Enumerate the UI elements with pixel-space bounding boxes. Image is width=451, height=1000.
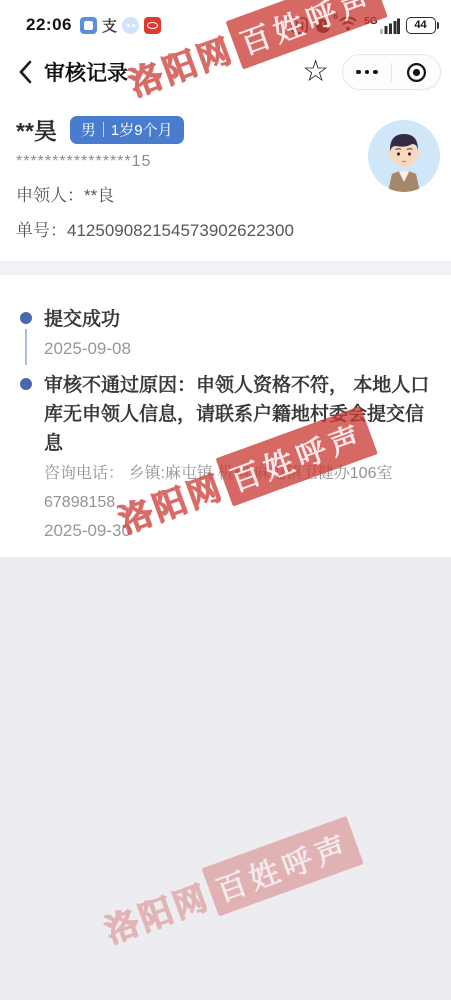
status-bar: 22:06 支 6	[0, 0, 451, 44]
timeline-title: 审核不通过原因：申领人资格不符， 本地人口库无申领人信息，请联系户籍地村委会提交…	[44, 371, 436, 458]
order-row: 单号：412509082154573902622300	[16, 216, 435, 241]
nav-bar: 审核记录 ☆	[0, 44, 451, 100]
clock-time: 22:06	[26, 15, 72, 35]
timeline-connector	[25, 329, 27, 365]
timeline-dot-icon	[20, 312, 32, 324]
page-title: 审核记录	[44, 57, 128, 87]
capsule-close-button[interactable]	[392, 55, 440, 89]
app-notification-glyph-icon: 支	[102, 17, 117, 34]
timeline-date: 2025-09-08	[44, 339, 436, 359]
watermark-stamp-text: 百姓呼声	[202, 816, 364, 917]
timeline-dot-icon	[20, 378, 32, 390]
back-button[interactable]	[12, 56, 40, 88]
wifi-icon	[338, 15, 358, 31]
audit-timeline-card: 提交成功 2025-09-08 审核不通过原因：申领人资格不符， 本地人口库无申…	[0, 275, 451, 557]
timeline-date: 2025-09-30	[44, 521, 436, 541]
gender-age-badge: 男｜1岁9个月	[70, 116, 184, 144]
wifi-generation-label: 6	[333, 11, 338, 21]
applicant-label: 申领人：	[16, 186, 84, 205]
back-chevron-icon	[19, 60, 33, 84]
battery-indicator: 44	[406, 17, 440, 34]
section-divider	[0, 261, 451, 275]
watermark-site-name: 洛阳网	[98, 871, 216, 952]
site-watermark: 洛阳网 百姓呼声	[97, 816, 363, 955]
miniprogram-capsule	[342, 54, 441, 90]
network-type-label: 5G	[364, 17, 377, 27]
order-label: 单号：	[16, 221, 67, 240]
timeline-title: 提交成功	[44, 305, 436, 334]
contact-phone-line: 67898158,	[44, 490, 436, 516]
user-info-card: **昊 男｜1岁9个月 ****************15 申领人：**良 单…	[0, 100, 451, 261]
child-name: **昊	[16, 113, 57, 146]
contact-info-line: 咨询电话： 乡镇:麻屯镇 机构:麻屯镇卫健办106室	[44, 461, 436, 487]
signal-bars-icon	[380, 18, 400, 34]
avatar	[368, 120, 440, 192]
app-notification-red-icon	[144, 17, 161, 34]
applicant-name: **良	[84, 186, 114, 205]
timeline-item-submitted: 提交成功 2025-09-08	[20, 305, 436, 359]
target-circle-icon	[406, 62, 427, 83]
timeline-item-rejected: 审核不通过原因：申领人资格不符， 本地人口库无申领人信息，请联系户籍地村委会提交…	[20, 371, 436, 541]
more-options-button[interactable]	[343, 55, 391, 89]
app-notification-icon	[80, 17, 97, 34]
chat-notification-icon	[122, 17, 139, 34]
mini-program-screen: 22:06 支 6	[0, 0, 451, 1000]
notification-icons: 支	[80, 17, 161, 34]
nfc-icon	[291, 17, 308, 34]
alarm-clock-icon	[314, 16, 332, 34]
order-number: 412509082154573902622300	[67, 221, 294, 240]
battery-level: 44	[406, 17, 436, 34]
favorite-star-button[interactable]: ☆	[302, 57, 329, 87]
